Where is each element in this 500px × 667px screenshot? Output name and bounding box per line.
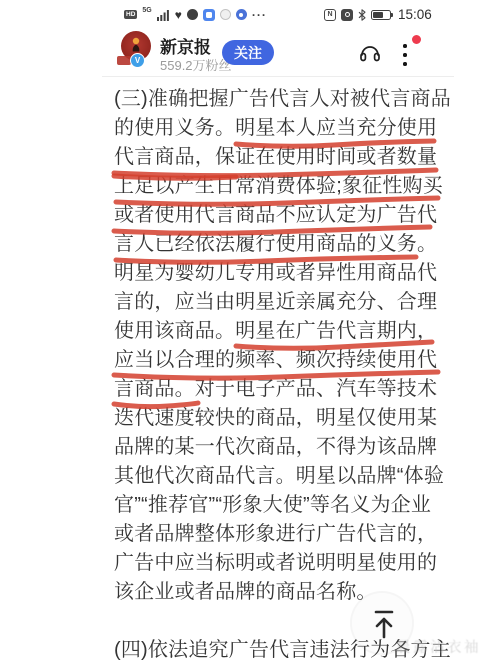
watermark-text: 晨露沾衣袖: [396, 636, 481, 657]
article-line: 言商品。对于电子产品、汽车等技术: [114, 375, 450, 404]
heart-icon: ♥: [175, 9, 182, 21]
eye-comfort-icon: [341, 9, 353, 21]
nfc-icon: N: [324, 9, 336, 21]
article-line: 使用该商品。明星在广告代言期内，: [114, 317, 450, 346]
verified-badge-icon: V: [130, 53, 145, 68]
app-notification-icon-dark: [187, 9, 198, 20]
app-notification-icon-blue: [236, 9, 247, 20]
article-line: 应当以合理的频率、频次持续使用代: [114, 346, 450, 375]
avatar-stamp-icon: [117, 56, 131, 65]
article-line: 上足以产生日常消费体验;象征性购买: [114, 172, 450, 201]
article-line: 代言商品，保证在使用时间或者数量: [114, 143, 450, 172]
article-line: (三)准确把握广告代言人对被代言商品: [114, 85, 450, 114]
article-line: 言的，应当由明星近亲属充分、合理: [114, 288, 450, 317]
more-notifications-icon: ···: [252, 10, 267, 20]
phone-screenshot: HD 5G ♥ ··· N 15:06: [0, 0, 500, 667]
menu-notification-dot: [412, 35, 421, 44]
article-line: 其他代次商品代言。明星以品牌“体验: [114, 462, 450, 491]
hd-volte-icon: HD: [124, 10, 137, 19]
network-type-label: 5G: [142, 7, 151, 14]
clock-time: 15:06: [398, 7, 432, 22]
article-line: 迭代速度较快的商品，明星仅使用某: [114, 404, 450, 433]
article-line: 明星为婴幼儿专用或者异性用商品代: [114, 259, 450, 288]
signal-bars-icon: [157, 9, 170, 21]
header-divider: [102, 76, 454, 77]
status-bar: HD 5G ♥ ··· N 15:06: [0, 0, 500, 28]
article-line: 品牌的某一代次商品，不得为该品牌: [114, 433, 450, 462]
listen-audio-icon[interactable]: [358, 40, 382, 64]
article-line: 或者使用代言商品不应认定为广告代: [114, 201, 450, 230]
app-notification-icon-blue-square: [203, 9, 215, 21]
followers-count: 559.2万粉丝: [160, 55, 232, 74]
back-to-top-button[interactable]: [370, 608, 398, 640]
article-line: 官”“推荐官”“形象大使”等名义为企业: [114, 491, 450, 520]
article-line: 的使用义务。明星本人应当充分使用: [114, 114, 450, 143]
app-notification-icon-gray: [220, 9, 231, 20]
article-line: 或者品牌整体形象进行广告代言的，: [114, 520, 450, 549]
article-line: 广告中应当标明或者说明明星使用的: [114, 549, 450, 578]
bluetooth-icon: [358, 9, 366, 21]
article-body: (三)准确把握广告代言人对被代言商品 的使用义务。明星本人应当充分使用 代言商品…: [114, 85, 450, 665]
article-line: 言人已经依法履行使用商品的义务。: [114, 230, 450, 259]
battery-icon: [371, 10, 391, 20]
more-menu-icon[interactable]: [402, 44, 408, 66]
status-bar-left: HD 5G ♥ ···: [124, 7, 267, 22]
follow-button[interactable]: 关注: [222, 40, 274, 65]
status-bar-right: N 15:06: [324, 7, 432, 22]
